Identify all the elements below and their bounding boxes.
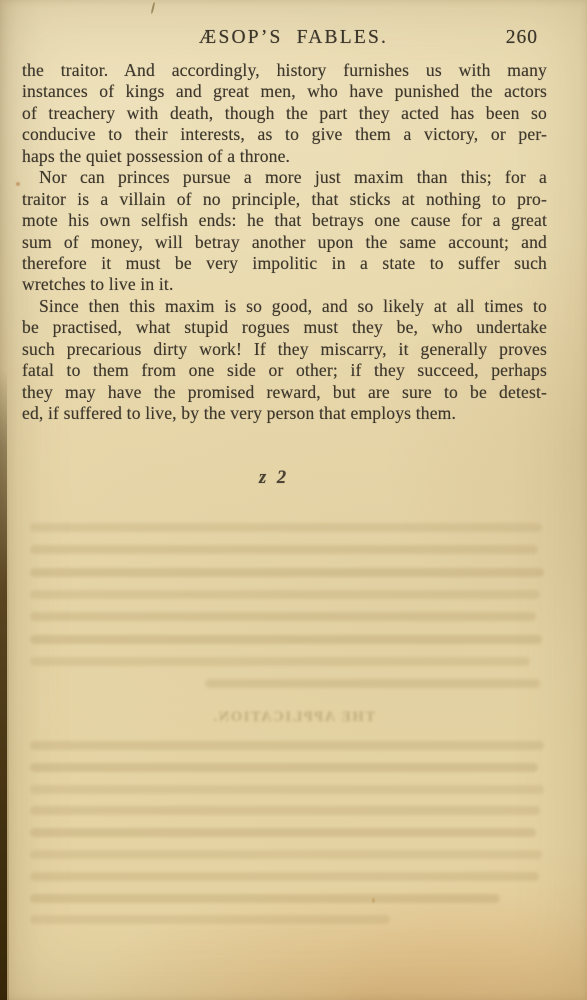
showthrough-text-line (30, 612, 536, 621)
text-block: the traitor. And accordingly, history fu… (22, 60, 547, 424)
showthrough-text-line (30, 785, 544, 794)
showthrough-heading: THE APPLICATION. (0, 709, 587, 726)
showthrough-text-line (30, 828, 536, 837)
text-line: wretches to live in it. (22, 274, 547, 295)
text-line: sum of money, will betray another upon t… (22, 232, 547, 253)
text-line: fatal to them from one side or other; if… (22, 360, 547, 381)
text-line: haps the quiet possession of a throne. (22, 146, 547, 167)
text-line: be practised, what stupid rogues must th… (22, 317, 547, 338)
showthrough-text-line (205, 679, 540, 688)
ink-speck (151, 2, 156, 14)
book-page-scan: ÆSOP’S FABLES. 260 the traitor. And acco… (0, 0, 587, 1000)
text-line: Since then this maxim is so good, and so… (22, 296, 547, 317)
running-header: ÆSOP’S FABLES. 260 (0, 27, 587, 53)
showthrough-text-line (30, 915, 390, 924)
showthrough-text-line (30, 657, 530, 666)
signature-mark: z 2 (259, 468, 289, 489)
text-line: mote his own selfish ends: he that betra… (22, 210, 547, 231)
showthrough-text-line (30, 872, 539, 881)
text-line: traitor is a villain of no principle, th… (22, 189, 547, 210)
paragraph: the traitor. And accordingly, history fu… (22, 60, 547, 167)
showthrough-text-line (30, 741, 544, 750)
paragraph: Since then this maxim is so good, and so… (22, 296, 547, 425)
text-line: ed, if suffered to live, by the very per… (22, 403, 547, 424)
paragraph: Nor can princes pursue a more just maxim… (22, 167, 547, 296)
showthrough-text-line (30, 590, 540, 599)
foxing-speck (16, 182, 20, 186)
showthrough-text-line (30, 545, 538, 554)
showthrough-text-line (30, 763, 538, 772)
showthrough-text-line (30, 850, 542, 859)
binding-edge (0, 370, 7, 1000)
showthrough-text-line (30, 523, 542, 532)
showthrough-text-line (30, 806, 540, 815)
text-line: the traitor. And accordingly, history fu… (22, 60, 547, 81)
text-line: instances of kings and great men, who ha… (22, 81, 547, 102)
foxing-speck (372, 898, 375, 903)
showthrough-text-line (30, 568, 544, 577)
showthrough-text-line (30, 894, 500, 903)
text-line: therefore it must be very impolitic in a… (22, 253, 547, 274)
page-number: 260 (506, 27, 538, 49)
text-line: they may have the promised reward, but a… (22, 382, 547, 403)
text-line: conducive to their interests, as to give… (22, 124, 547, 145)
showthrough-text-line (30, 635, 542, 644)
text-line: of treachery with death, though the part… (22, 103, 547, 124)
text-line: such precarious dirty work! If they misc… (22, 339, 547, 360)
text-line: Nor can princes pursue a more just maxim… (22, 167, 547, 188)
book-title: ÆSOP’S FABLES. (0, 27, 587, 49)
